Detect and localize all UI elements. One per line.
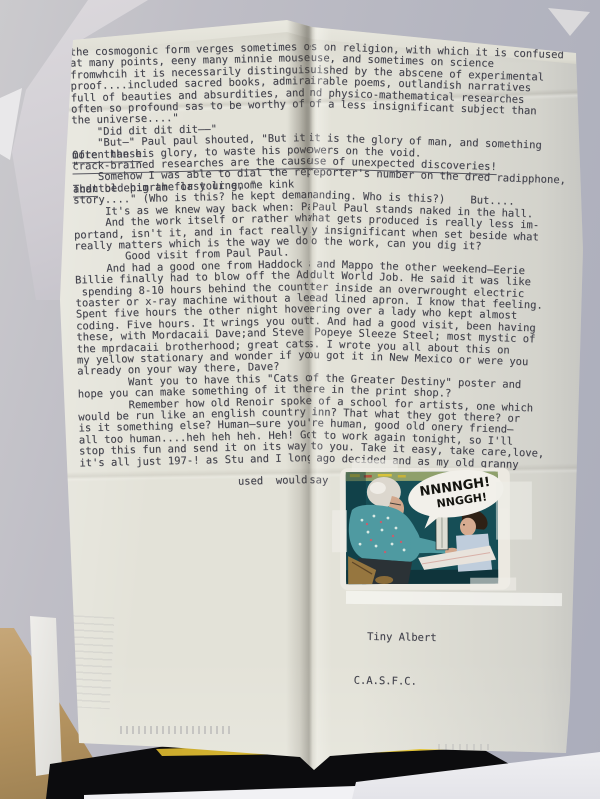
letter-sheet: the cosmogonic form verges sometimes on … <box>0 0 600 799</box>
photo-caption-line2: C.A.S.F.C. <box>354 673 514 690</box>
pasted-photo: NNNNGH! NNGGH! <box>331 457 537 600</box>
photo-caption: Tiny Albert C.A.S.F.C. <box>353 601 515 720</box>
photo-caption-line1: Tiny Albert <box>354 630 514 647</box>
photographed-letter-scene: the cosmogonic form verges sometimes on … <box>0 0 600 799</box>
boy-face <box>460 518 476 536</box>
